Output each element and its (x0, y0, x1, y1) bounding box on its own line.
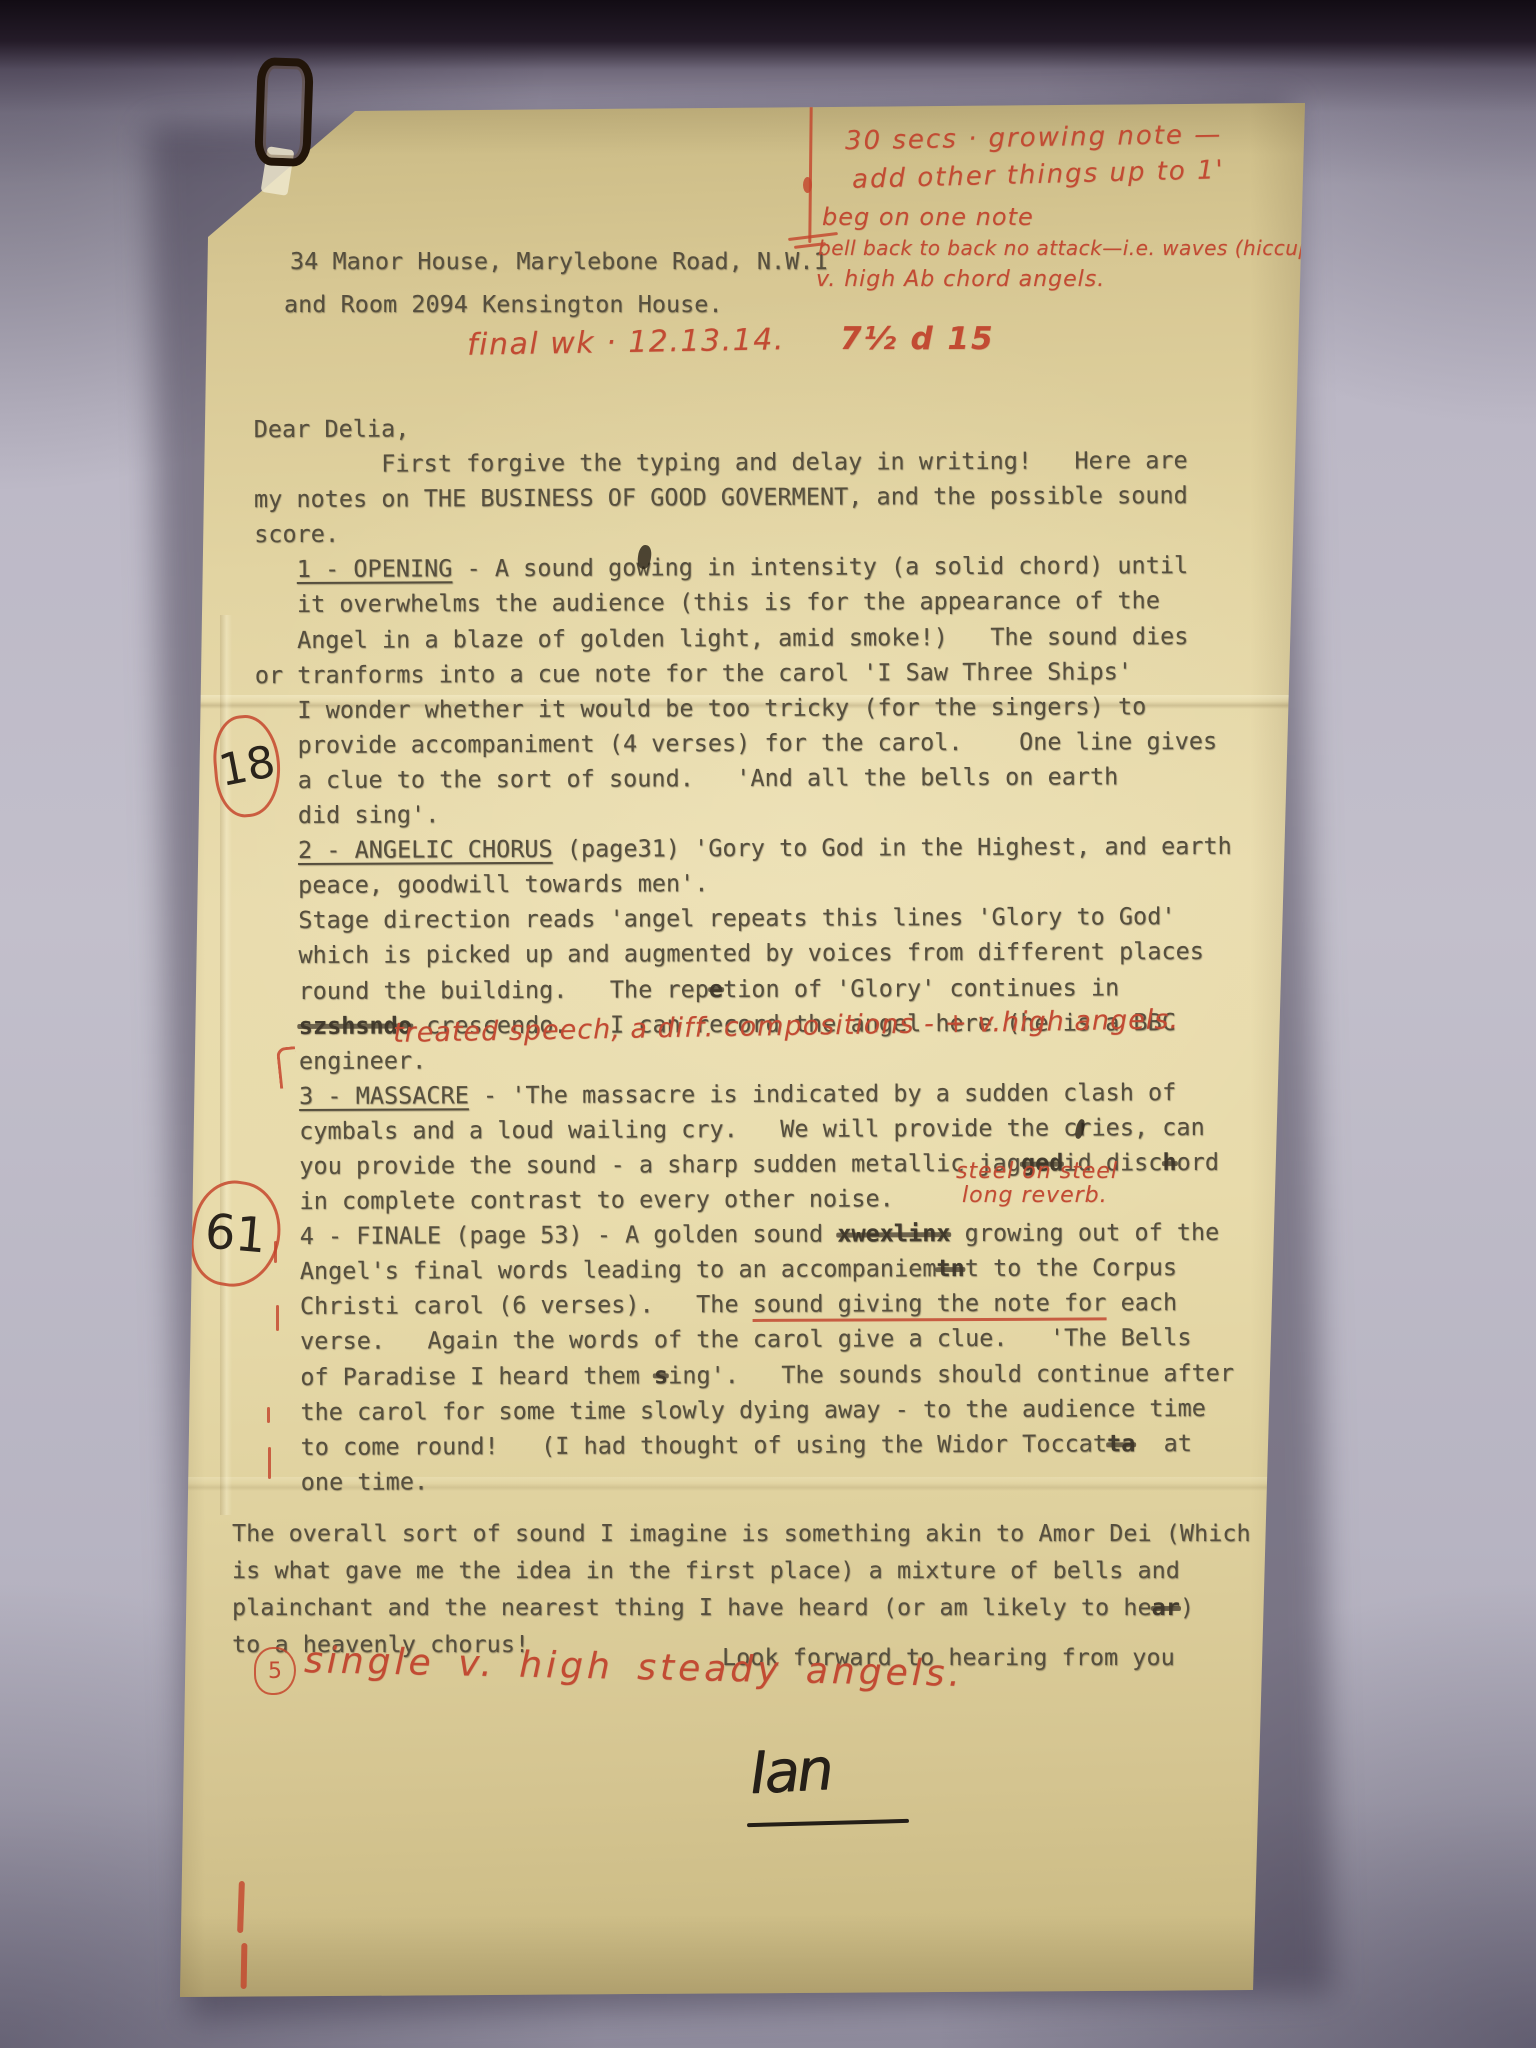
circled-number-5: 5 (254, 1647, 296, 1695)
signature: Ian (748, 1735, 832, 1807)
red-staple-mark (241, 1943, 248, 1989)
handwritten-note: 30 secs · growing note — (845, 120, 1223, 157)
handwritten-date-note: final wk · 12.13.14. (467, 322, 785, 363)
typed-line: round the building. The repetion of 'Glo… (256, 969, 1232, 1008)
red-staple-mark (237, 1881, 245, 1933)
typed-line: The overall sort of sound I imagine is s… (232, 1515, 1251, 1552)
typed-line: First forgive the typing and delay in wr… (254, 443, 1230, 482)
letter-body: Dear Delia, First forgive the typing and… (254, 408, 1235, 1500)
typed-line: score. (254, 513, 1230, 552)
typed-line: Christi carol (6 verses). The sound givi… (257, 1285, 1233, 1324)
handwritten-date-note: 7½ d 15 (840, 321, 995, 357)
typed-line: or tranforms into a cue note for the car… (255, 654, 1231, 693)
typed-line: the carol for some time slowly dying awa… (258, 1390, 1234, 1429)
typed-line: 3 - MASSACRE - 'The massacre is indicate… (257, 1075, 1233, 1114)
handwritten-note-reverb: long reverb. (962, 1183, 1108, 1208)
margin-number: 61 (203, 1203, 269, 1264)
typed-line: plainchant and the nearest thing I have … (232, 1589, 1251, 1626)
handwritten-note: bell back to back no attack—i.e. waves (… (818, 236, 1320, 260)
typed-line: Angel's final words leading to an accomp… (257, 1250, 1233, 1289)
typed-line: of Paradise I heard them sing'. The soun… (258, 1355, 1234, 1394)
red-margin-tick (268, 1447, 271, 1479)
typed-line: Angel in a blaze of golden light, amid s… (255, 618, 1231, 657)
margin-number: 18 (215, 736, 280, 797)
typed-line: it overwhelms the audience (this is for … (254, 583, 1230, 622)
handwritten-note: add other things up to 1' (852, 155, 1225, 195)
handwritten-note: beg on one note (822, 203, 1034, 231)
typed-line: Dear Delia, (254, 408, 1230, 447)
red-margin-rule (808, 105, 812, 243)
red-margin-tick (274, 1241, 277, 1263)
paperclip-icon (254, 57, 314, 167)
typed-line: 4 - FINALE (page 53) - A golden sound xw… (257, 1215, 1233, 1254)
typed-line: to come round! (I had thought of using t… (258, 1426, 1234, 1465)
typed-line: which is picked up and augmented by voic… (256, 934, 1232, 973)
typed-line: I wonder whether it would be too tricky … (255, 689, 1231, 728)
typed-line: 2 - ANGELIC CHORUS (page31) 'Gory to God… (255, 829, 1231, 868)
typed-line: Stage direction reads 'angel repeats thi… (256, 899, 1232, 938)
typed-line: did sing'. (255, 794, 1231, 833)
typed-line: my notes on THE BUSINESS OF GOOD GOVERME… (254, 478, 1230, 517)
letterhead-line-2: and Room 2094 Kensington House. (284, 290, 723, 318)
typed-line: one time. (258, 1461, 1234, 1500)
typed-line: provide accompaniment (4 verses) for the… (255, 724, 1231, 763)
signature-underline (747, 1819, 909, 1827)
typed-line: is what gave me the idea in the first pl… (232, 1552, 1251, 1589)
letterhead-line-1: 34 Manor House, Marylebone Road, N.W.1 (290, 247, 828, 275)
red-margin-tick (276, 1305, 279, 1331)
typed-line: verse. Again the words of the carol give… (258, 1320, 1234, 1359)
typed-line: a clue to the sort of sound. 'And all th… (255, 759, 1231, 798)
closing-paragraph: The overall sort of sound I imagine is s… (232, 1515, 1251, 1663)
red-ink-blot (803, 177, 812, 193)
typed-line: cymbals and a loud wailing cry. We will … (257, 1110, 1233, 1149)
red-margin-tick (267, 1407, 270, 1423)
handwritten-note-steel: steel on steel (956, 1159, 1118, 1184)
handwritten-note: v. high Ab chord angels. (816, 267, 1105, 292)
letter-paper: 34 Manor House, Marylebone Road, N.W.1 a… (150, 95, 1320, 2005)
photograph-of-letter: 34 Manor House, Marylebone Road, N.W.1 a… (0, 0, 1536, 2048)
annotation-number: 5 (268, 1659, 282, 1684)
typed-line: peace, goodwill towards men'. (256, 864, 1232, 903)
typed-line: 1 - OPENING - A sound gowing in intensit… (254, 548, 1230, 587)
